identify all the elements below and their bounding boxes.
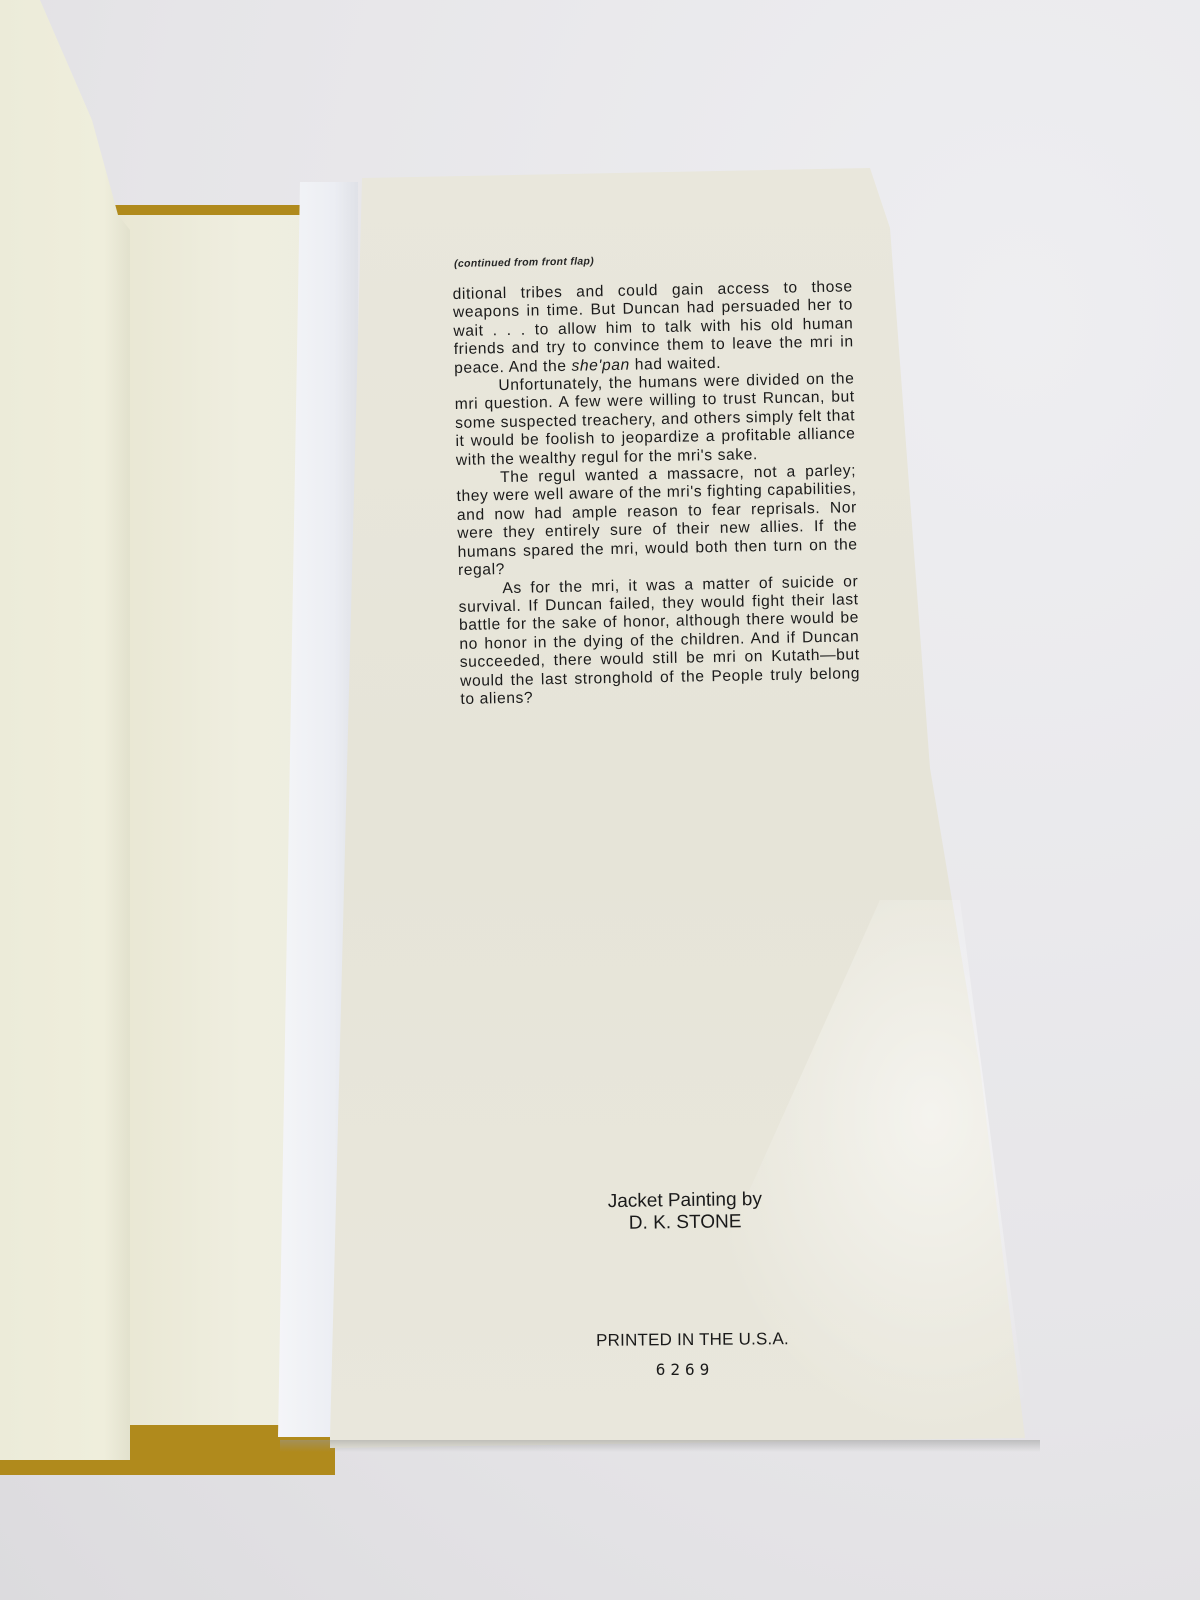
paragraph-2: Unfortunately, the humans were divided o… (454, 370, 856, 470)
flap-bottom-shadow (280, 1440, 1040, 1452)
credit-line-2: D. K. STONE (580, 1211, 790, 1236)
print-code: 6269 (640, 1360, 730, 1379)
jacket-credit: Jacket Painting by D. K. STONE (580, 1189, 791, 1236)
paragraph-3: The regul wanted a massacre, not a parle… (456, 462, 858, 580)
paragraph-4: As for the mri, it was a matter of suici… (458, 573, 860, 709)
printed-in-label: PRINTED IN THE U.S.A. (580, 1329, 805, 1351)
flap-text-block: (continued from front flap) ditional tri… (452, 250, 861, 709)
credit-line-1: Jacket Painting by (580, 1189, 790, 1214)
paragraph-1: ditional tribes and could gain access to… (453, 278, 855, 378)
endpaper-left-page (0, 0, 130, 1460)
